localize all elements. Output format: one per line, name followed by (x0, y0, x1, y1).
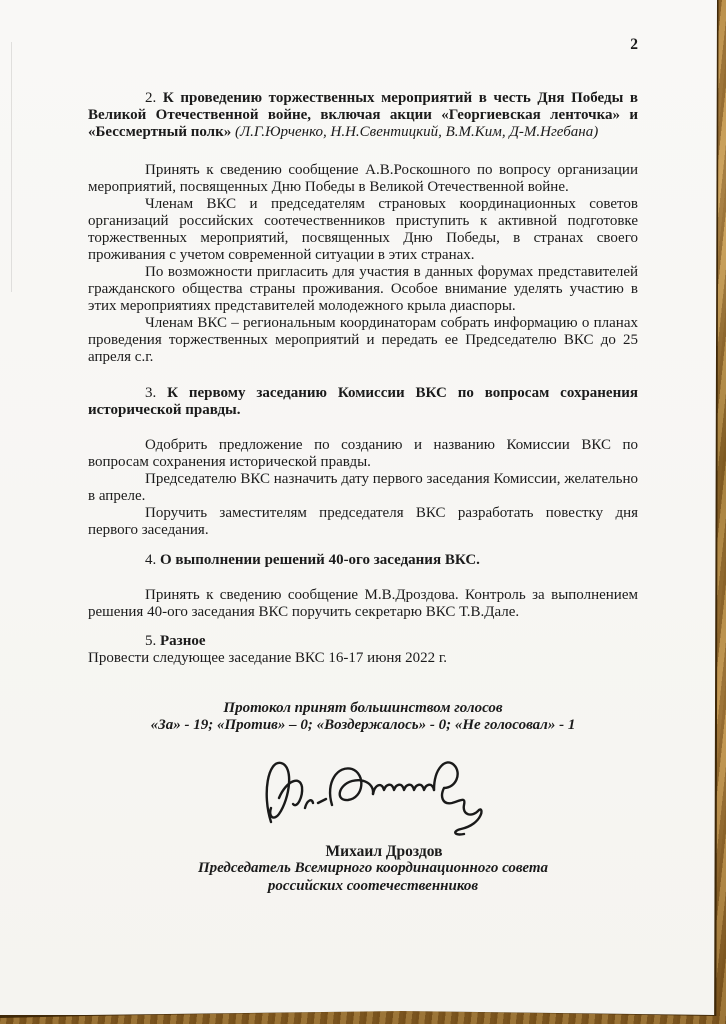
section-2-number: 2. (145, 90, 156, 106)
paragraph: Одобрить предложение по созданию и назва… (88, 437, 638, 471)
page-number: 2 (88, 36, 638, 53)
section-4-number: 4. (145, 552, 156, 568)
document-page: 2 2. К проведению торжественных мероприя… (0, 0, 717, 1015)
paragraph: Принять к сведению сообщение М.В.Дроздов… (88, 587, 638, 621)
section-2-speakers: (Л.Г.Юрченко, Н.Н.Свентицкий, В.М.Ким, Д… (235, 124, 598, 140)
section-heading-3: 3. К первому заседанию Комиссии ВКС по в… (88, 385, 638, 419)
vote-result-line1: Протокол принят большинством голосов (88, 700, 638, 717)
section-heading-4: 4. О выполнении решений 40-ого заседания… (88, 552, 638, 569)
section-3-title: К первому заседанию Комиссии ВКС по вопр… (88, 385, 638, 418)
paragraph: Принять к сведению сообщение А.В.Роскошн… (88, 162, 638, 196)
signatory-title-line2: российских соотечественников (88, 878, 638, 896)
paragraph: Председателю ВКС назначить дату первого … (88, 471, 638, 505)
paragraph: Поручить заместителям председателя ВКС р… (88, 505, 638, 539)
paragraph: Членам ВКС – региональным координаторам … (88, 315, 638, 366)
vote-result-line2: «За» - 19; «Против» – 0; «Воздержалось» … (88, 717, 638, 734)
scan-artifact-line (11, 42, 12, 292)
paragraph: Членам ВКС и председателям страновых коо… (88, 196, 638, 264)
paragraph: По возможности пригласить для участия в … (88, 264, 638, 315)
section-heading-5: 5. Разное (88, 633, 638, 650)
section-heading-2: 2. К проведению торжественных мероприяти… (88, 90, 638, 141)
signatory-title-line1: Председатель Всемирного координационного… (88, 860, 638, 878)
section-5-number: 5. (145, 633, 156, 649)
paragraph: Провести следующее заседание ВКС 16-17 и… (88, 650, 638, 667)
section-3-number: 3. (145, 385, 156, 401)
page-content: 2 2. К проведению торжественных мероприя… (88, 36, 638, 895)
section-5-title: Разное (160, 633, 206, 649)
scanned-document-photo: { "page": { "number": "2" }, "doc": { "s… (0, 0, 726, 1024)
section-4-title: О выполнении решений 40-ого заседания ВК… (160, 552, 480, 568)
signatory-name: Михаил Дроздов (88, 843, 638, 860)
handwritten-signature-icon (255, 740, 485, 845)
vote-result-block: Протокол принят большинством голосов «За… (88, 700, 638, 734)
signature-area (88, 734, 638, 843)
